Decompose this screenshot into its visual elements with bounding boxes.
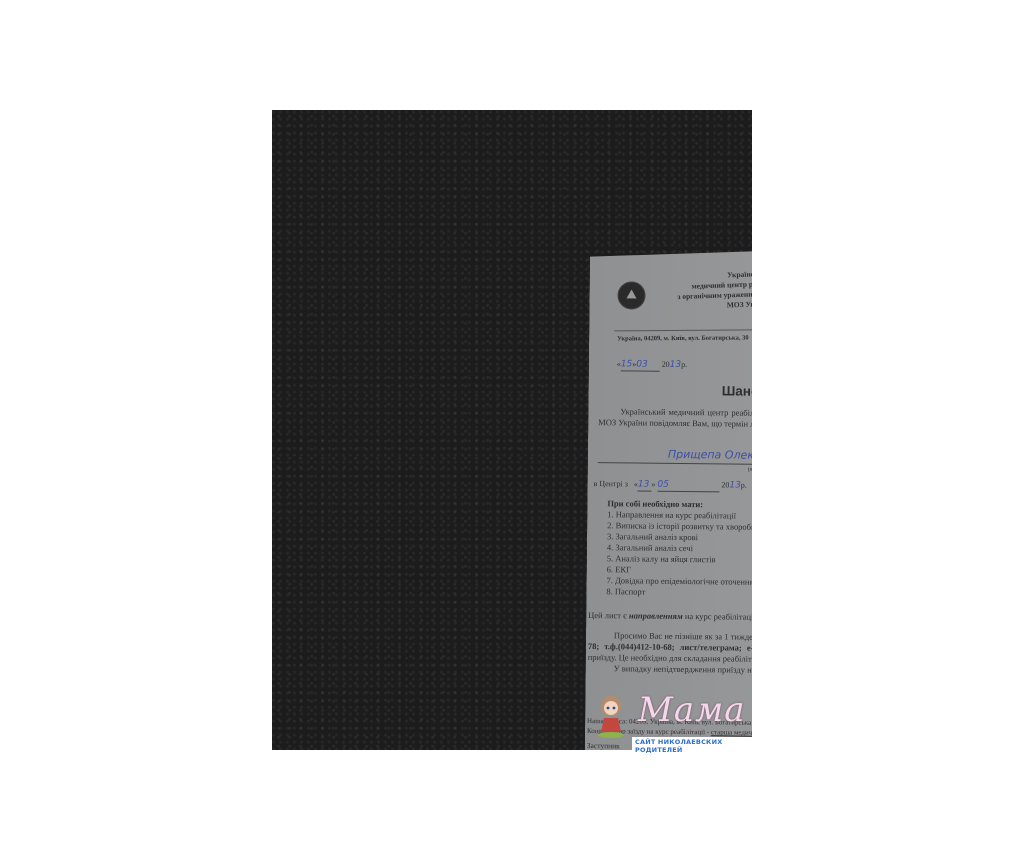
date-day: 15 — [621, 359, 633, 369]
patient-name-field: Прищепа Олександра (прізвище, ім'я) — [598, 448, 752, 474]
site-watermark: Мама САЙТ НИКОЛАЕВСКИХ РОДИТЕЛЕЙ — [590, 690, 755, 752]
patient-name: Прищепа Олександра — [668, 449, 752, 461]
organization-address: Україна, 04209, м. Київ, вул. Богатирськ… — [617, 335, 749, 343]
treatment-period: в Центрі з«13 » 05 2013р. по«04 » 06 201… — [593, 478, 752, 495]
letter-intro: Український медичний центр реабілітації … — [598, 406, 752, 432]
medical-center-emblem-icon — [617, 281, 645, 309]
letterhead-divider — [614, 329, 752, 332]
date-month: 03 — [636, 360, 648, 370]
list-item: 8. Паспорт — [606, 586, 752, 599]
letterhead: Український медичний центр реабілітації … — [589, 248, 752, 352]
watermark-title: Мама — [638, 690, 746, 730]
organization-name-ua: Український медичний центр реабілітації … — [649, 266, 752, 313]
confirmation-request: Просимо Вас не пізніше як за 1 тиждень д… — [588, 630, 752, 678]
from-year: 13 — [729, 480, 741, 490]
document-photo: Український медичний центр реабілітації … — [272, 110, 752, 750]
doll-mascot-icon — [596, 694, 626, 738]
from-day: 13 — [638, 480, 650, 490]
date-year: 13 — [670, 360, 682, 370]
watermark-subtitle: САЙТ НИКОЛАЕВСКИХ РОДИТЕЛЕЙ — [632, 737, 755, 755]
patient-name-caption: (прізвище, ім'я) — [748, 465, 752, 476]
letter-title: Шановні батьки ! — [588, 384, 752, 399]
cancellation-note: У випадку непідтвердження приїзду на кур… — [588, 663, 752, 678]
letter-date: «15»03 2013р. — [617, 358, 687, 372]
from-month: 05 — [657, 480, 669, 490]
referral-note: Цей лист є направленням на курс реабіліт… — [588, 610, 752, 623]
requirements-list: 1. Направлення на курс реабілітації 2. В… — [606, 509, 752, 599]
letter-paper: Український медичний центр реабілітації … — [584, 248, 752, 750]
